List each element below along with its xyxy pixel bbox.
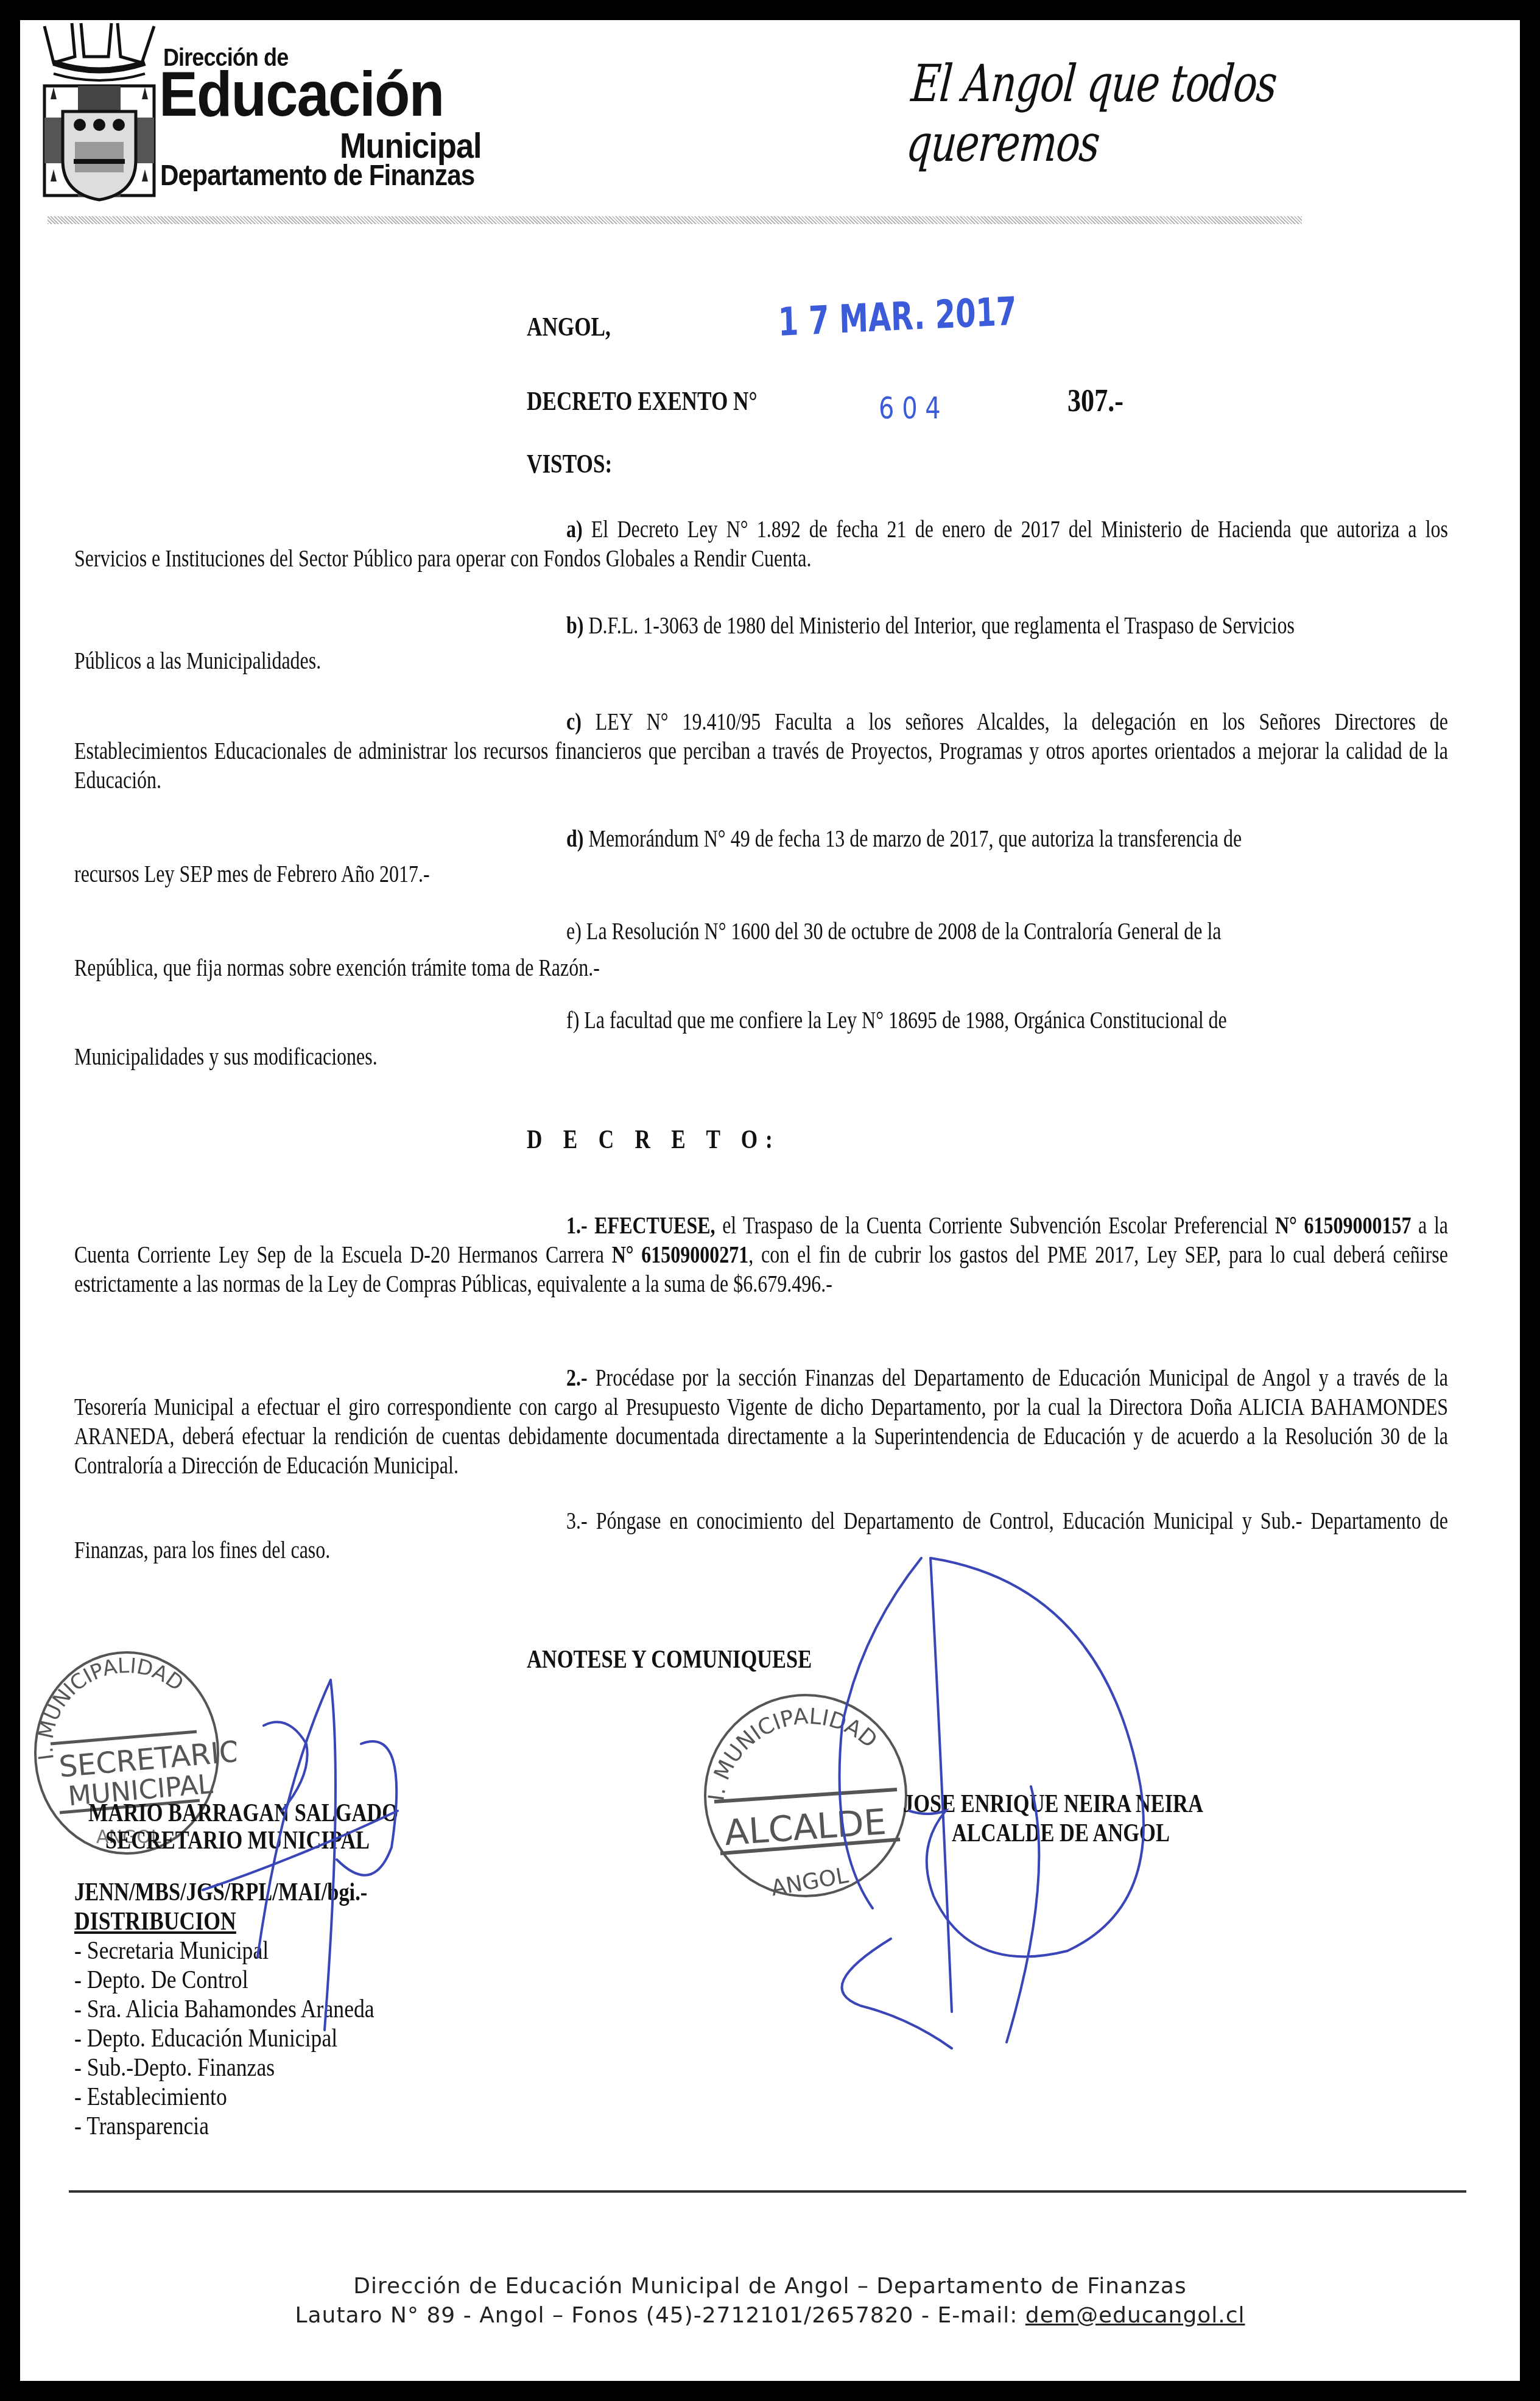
mayor-name: JOSE ENRIQUE NEIRA NEIRA	[903, 1789, 1203, 1819]
secretary-name: MARIO BARRAGAN SALGADO	[88, 1799, 398, 1828]
decreto-item-1: 1.- EFECTUESE, el Traspaso de la Cuenta …	[74, 1211, 1448, 1299]
mayor-stamp-middle: ALCALDE	[723, 1801, 888, 1853]
initials: JENN/MBS/JGS/RPL/MAI/bgi.-	[74, 1878, 367, 1907]
visto-f: f) La facultad que me confiere la Ley N°…	[74, 1006, 1448, 1071]
distribution-item: - Secretaria Municipal	[74, 1936, 374, 1966]
secretary-title: SECRETARIO MUNICIPAL	[105, 1826, 370, 1855]
decree-stamp-number: 6 0 4	[879, 390, 941, 426]
footer-line-2: Lautaro N° 89 - Angol – Fonos (45)-27121…	[20, 2303, 1520, 2328]
distribution-title: DISTRIBUCION	[74, 1907, 374, 1936]
mayor-stamp-top: I. MUNICIPALIDAD	[704, 1704, 882, 1803]
distribution-item: - Depto. De Control	[74, 1966, 374, 1995]
slogan: El Angol que todos queremos	[904, 54, 1390, 173]
visto-e: e) La Resolución N° 1600 del 30 de octub…	[74, 917, 1448, 982]
visto-c: c) LEY N° 19.410/95 Faculta a los señore…	[74, 707, 1448, 795]
distribution-item: - Depto. Educación Municipal	[74, 2024, 374, 2053]
brand-line-departamento: Departamento de Finanzas	[160, 161, 474, 191]
header-divider	[47, 216, 1302, 224]
decreto-item-3: 3.- Póngase en conocimiento del Departam…	[74, 1506, 1448, 1565]
distribution-list: DISTRIBUCION - Secretaria Municipal - De…	[74, 1907, 374, 2141]
decreto-item-2: 2.- Procédase por la sección Finanzas de…	[74, 1363, 1448, 1480]
document-page: Dirección de Educación Municipal Departa…	[20, 20, 1520, 2381]
footer-divider	[69, 2190, 1466, 2193]
municipal-crest-icon	[32, 20, 166, 203]
mayor-stamp: I. MUNICIPALIDAD ALCALDE ANGOL	[690, 1680, 921, 1911]
closing-text: ANOTESE Y COMUNIQUESE	[527, 1645, 812, 1674]
visto-d: d) Memorándum N° 49 de fecha 13 de marzo…	[74, 824, 1448, 889]
decree-label: DECRETO EXENTO N°	[527, 386, 758, 417]
mayor-title: ALCALDE DE ANGOL	[952, 1819, 1170, 1848]
distribution-item: - Sub.-Depto. Finanzas	[74, 2053, 374, 2082]
decree-typed-number: 307.-	[1067, 383, 1123, 419]
footer-line-1: Dirección de Educación Municipal de Ango…	[20, 2274, 1520, 2299]
visto-a: a) El Decreto Ley N° 1.892 de fecha 21 d…	[74, 515, 1448, 573]
brand-line-educacion: Educación	[159, 63, 443, 126]
distribution-item: - Transparencia	[74, 2112, 374, 2141]
distribution-item: - Sra. Alicia Bahamondes Araneda	[74, 1995, 374, 2024]
place-label: ANGOL,	[527, 311, 611, 342]
svg-text:I. MUNICIPALIDAD: I. MUNICIPALIDAD	[704, 1704, 882, 1803]
distribution-item: - Establecimiento	[74, 2082, 374, 2112]
email-link[interactable]: dem@educangol.cl	[1025, 2303, 1245, 2328]
vistos-label: VISTOS:	[527, 448, 612, 479]
date-stamp: 1 7 MAR. 2017	[778, 289, 1017, 345]
brand-line-municipal: Municipal	[340, 129, 482, 164]
decreto-label: D E C R E T O:	[527, 1124, 781, 1155]
visto-b: b) D.F.L. 1-3063 de 1980 del Ministerio …	[74, 611, 1448, 675]
